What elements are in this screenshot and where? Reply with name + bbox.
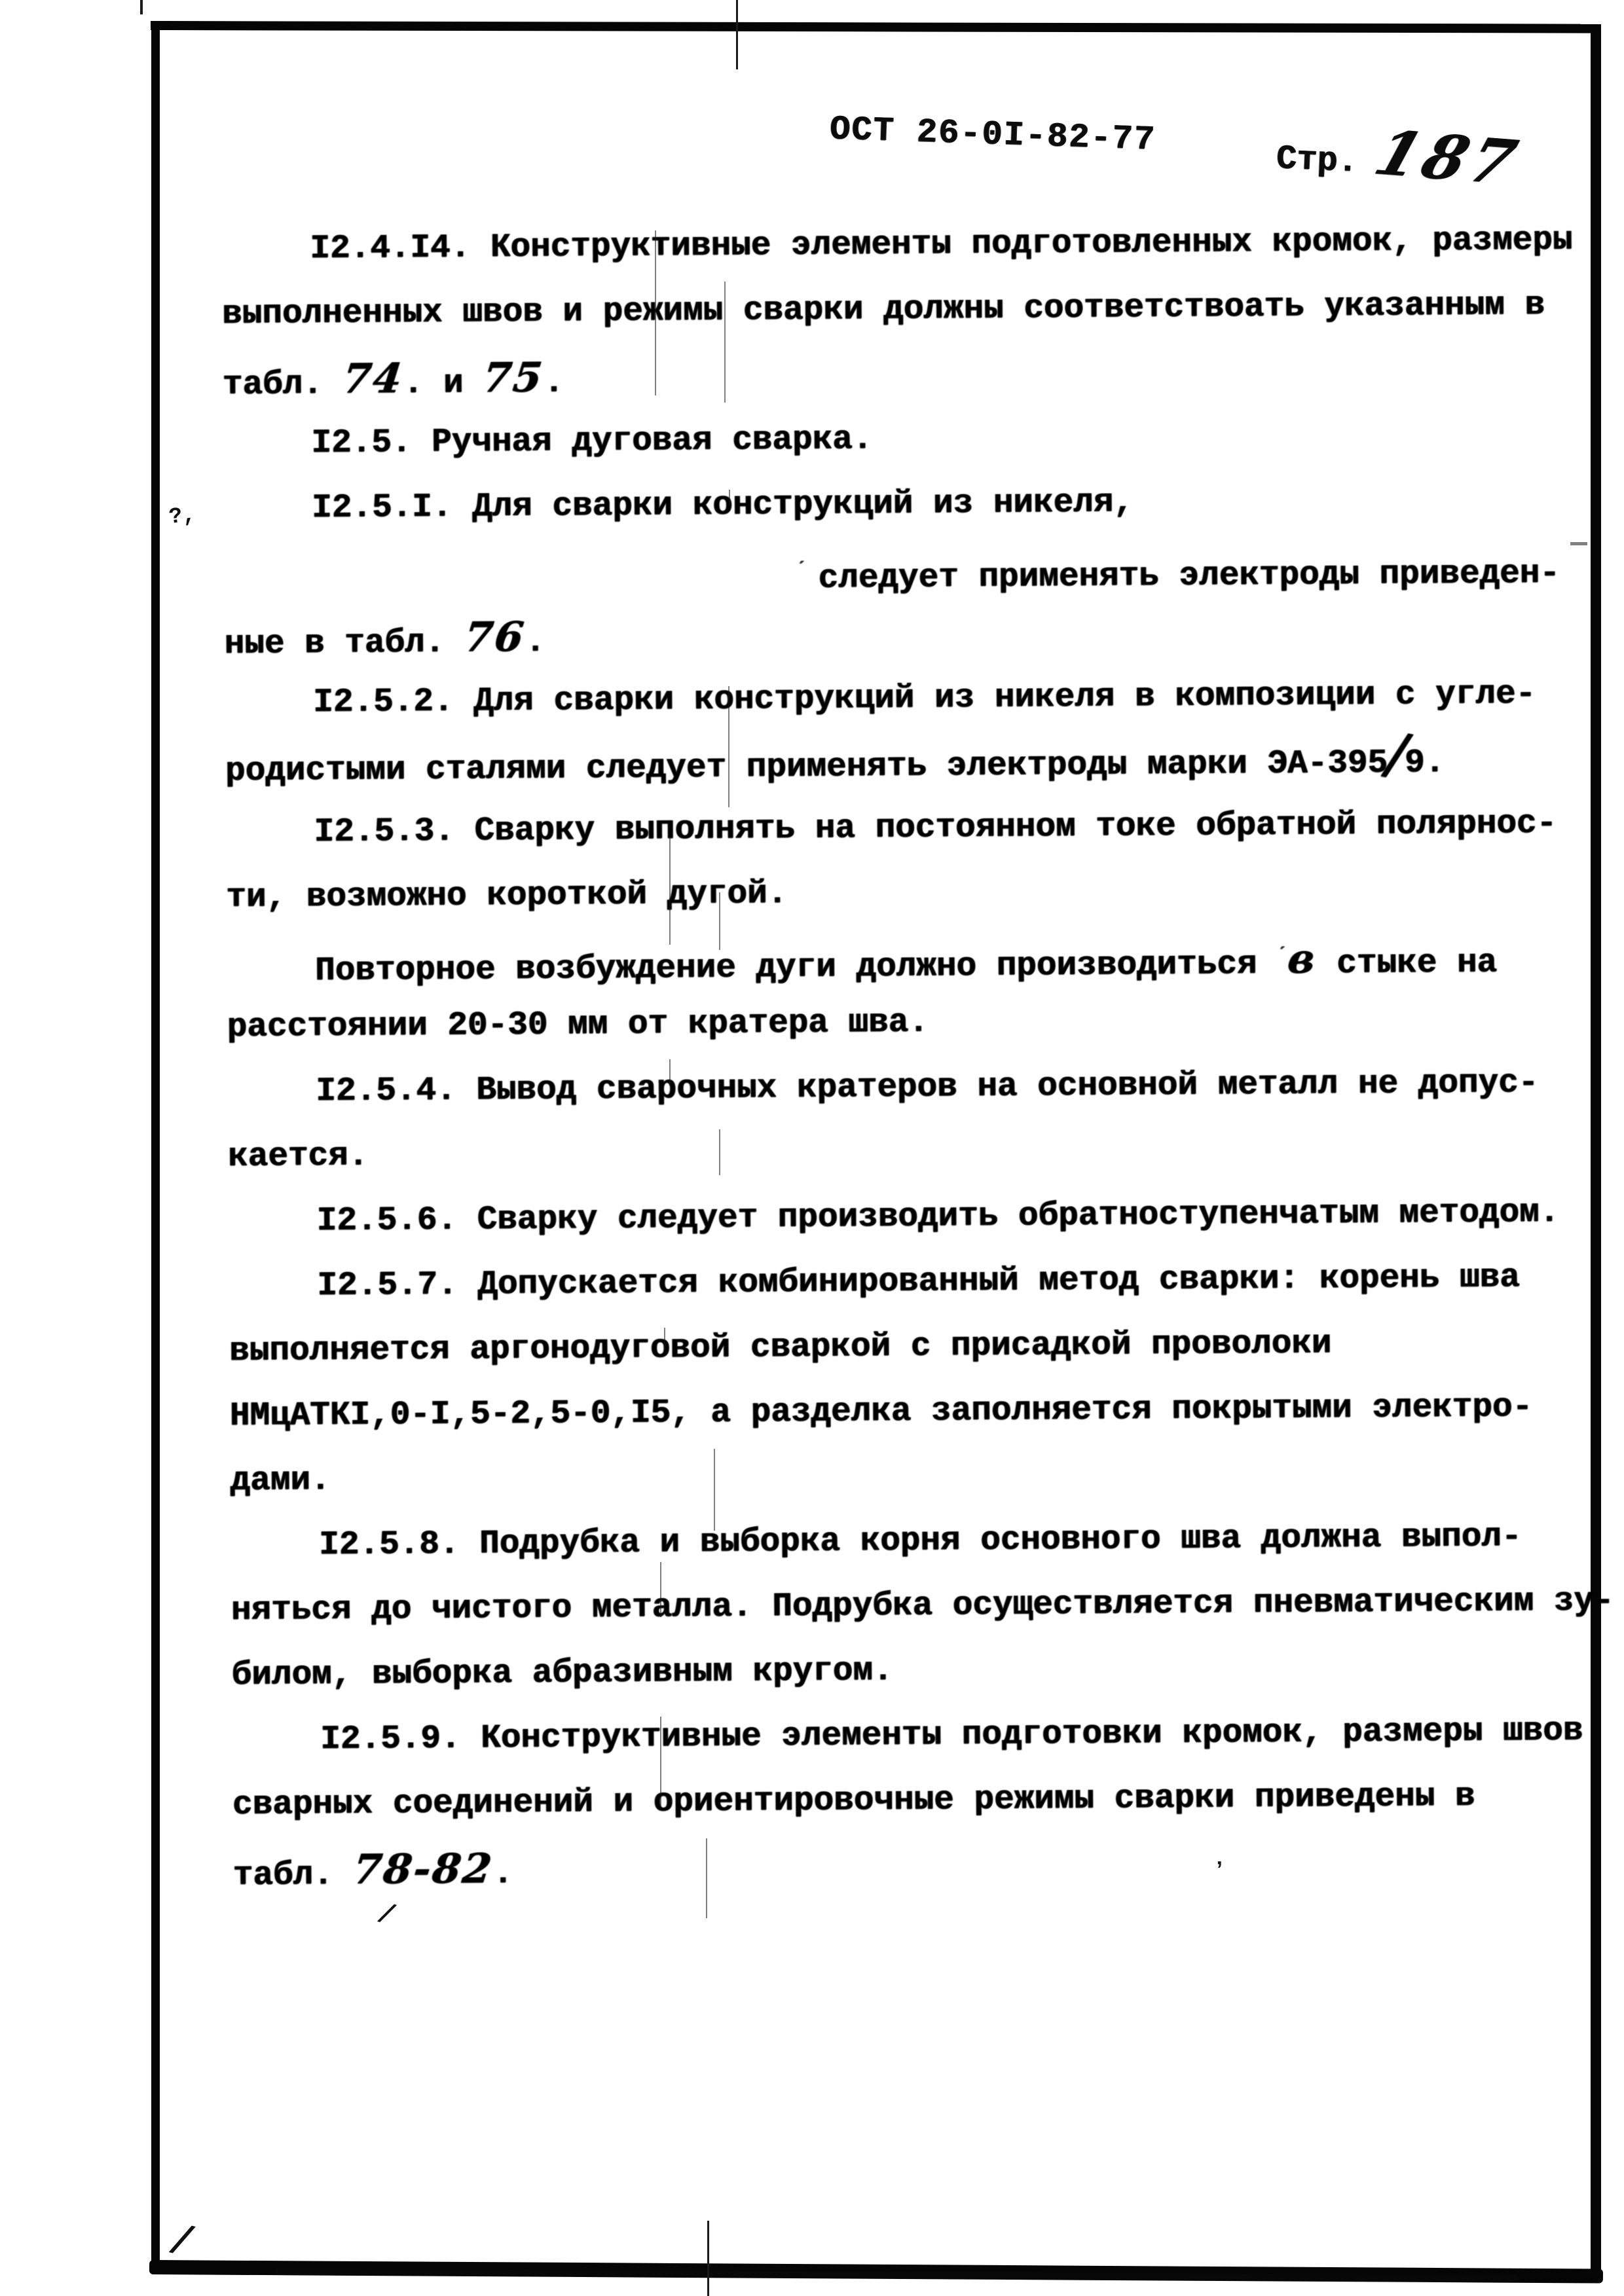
typewritten-text: . xyxy=(544,364,564,401)
typewritten-text: родистыми сталями следует применять элек… xyxy=(225,745,1388,790)
typewritten-text: расстоянии 20-30 мм от кратера шва. xyxy=(227,1004,929,1046)
typewritten-text: выполняется аргонодуговой сваркой с прис… xyxy=(229,1325,1332,1370)
typewritten-text: . и xyxy=(403,365,484,403)
typewritten-text: I2.5.2. Для сварки конструкций из никеля… xyxy=(313,676,1536,721)
typewritten-text: дами. xyxy=(230,1462,330,1500)
typewritten-text: билом, выборка абразивным кругом. xyxy=(231,1652,893,1694)
insertion-mark: ˊ xyxy=(1277,945,1288,966)
handwritten-correction: 76 xyxy=(461,604,529,670)
scan-artifact-line xyxy=(707,2221,709,2296)
handwritten-correction: 78-82 xyxy=(350,1836,497,1902)
text-line: I2.5.I. Для сварки конструкций из никеля… xyxy=(223,467,1607,541)
text-line: I2.5.9. Конструктивные элементы подготов… xyxy=(232,1698,1615,1773)
scan-artifact-line xyxy=(719,892,720,950)
bottom-left-pen-tick: / xyxy=(170,2215,194,2261)
margin-annotation: ?, xyxy=(168,503,197,530)
typewritten-text: I2.5. Ручная дуговая сварка. xyxy=(311,421,872,462)
typewritten-text: ти, возможно короткой дугой. xyxy=(226,875,787,917)
text-line: родистыми сталями следует применять элек… xyxy=(225,726,1609,801)
scan-artifact-line xyxy=(729,490,730,505)
typewritten-text: I2.5.8. Подрубка и выборка корня основно… xyxy=(319,1518,1522,1564)
text-line: расстоянии 20-30 мм от кратера шва. xyxy=(227,985,1610,1060)
text-line: ˊ следует применять электроды приведен- xyxy=(223,532,1607,606)
typewritten-text: стыке на xyxy=(1316,944,1497,983)
scan-artifact-line xyxy=(714,1449,715,1531)
handwritten-correction: 75 xyxy=(479,345,547,410)
scanned-document-page: { "header": { "doc_number": "ОСТ 26-0I-8… xyxy=(0,0,1624,2296)
scan-artifact-line xyxy=(736,0,738,69)
typewritten-text: . xyxy=(492,1855,513,1893)
text-line: I2.5.8. Подрубка и выборка корня основно… xyxy=(231,1504,1614,1578)
text-line: дами. xyxy=(230,1439,1614,1514)
typewritten-text: табл. xyxy=(232,1857,353,1895)
typewritten-text: следует применять электроды приведен- xyxy=(818,555,1560,598)
scan-artifact-line xyxy=(660,1562,661,1617)
text-line: I2.5.4. Вывод сварочных кратеров на осно… xyxy=(227,1050,1611,1125)
text-line: I2.5.7. Допускается комбинированный мето… xyxy=(229,1245,1612,1319)
text-line: I2.5. Ручная дуговая сварка. xyxy=(223,402,1606,477)
scan-artifact-line xyxy=(719,1129,720,1175)
typewritten-text: няться до чистого металла. Подрубка осущ… xyxy=(231,1582,1614,1630)
typewritten-text-block: I2.4.I4. Конструктивные элементы подгото… xyxy=(221,208,1616,1903)
text-line: табл. 74. и 75. xyxy=(222,337,1606,412)
typewritten-text: I2.5.7. Допускается комбинированный мето… xyxy=(317,1259,1520,1305)
typewritten-text: ные в табл. xyxy=(224,624,465,663)
typewritten-text: I2.5.4. Вывод сварочных кратеров на осно… xyxy=(316,1065,1538,1110)
text-line: Повторное возбуждение дуги должно произв… xyxy=(227,920,1610,995)
scan-artifact-line xyxy=(728,686,729,807)
typewritten-text: кается. xyxy=(228,1137,369,1175)
stray-apostrophe-mark: ʼ xyxy=(1213,1859,1226,1884)
typewritten-text: I2.5.3. Сварку выполнять на постоянном т… xyxy=(314,805,1557,851)
typewritten-text: сварных соединений и ориентировочные реж… xyxy=(232,1778,1475,1824)
page-label: Стр. xyxy=(1276,139,1359,181)
typewritten-text: НМцАТКI,0-I,5-2,5-0,I5, а разделка запол… xyxy=(230,1389,1533,1435)
scan-artifact-line xyxy=(655,230,656,395)
scan-artifact-line xyxy=(724,282,726,403)
text-line: кается. xyxy=(228,1115,1612,1190)
text-line: табл. 78-82. xyxy=(232,1828,1616,1903)
typewritten-text: I2.5.9. Конструктивные элементы подготов… xyxy=(320,1713,1583,1758)
typewritten-text: табл. xyxy=(223,366,343,404)
text-line: сварных соединений и ориентировочные реж… xyxy=(232,1763,1616,1838)
scan-artifact-line xyxy=(706,1838,707,1918)
text-line: билом, выборка абразивным кругом. xyxy=(231,1633,1615,1708)
text-line: ти, возможно короткой дугой. xyxy=(226,856,1610,930)
text-line: выполненных швов и режимы сварки должны … xyxy=(222,272,1606,347)
text-line: выполняется аргонодуговой сваркой с прис… xyxy=(229,1309,1613,1384)
typewritten-text: I2.5.I. Для сварки конструкций из никеля… xyxy=(312,484,1134,527)
typewritten-text: выполненных швов и режимы сварки должны … xyxy=(222,287,1545,333)
text-line: I2.4.I4. Конструктивные элементы подгото… xyxy=(221,208,1605,282)
page-border-top xyxy=(151,21,1601,33)
text-line: няться до чистого металла. Подрубка осущ… xyxy=(231,1569,1615,1643)
text-line: ные в табл. 76. xyxy=(224,596,1608,671)
page-reference: Стр. 187 xyxy=(1275,111,1521,192)
insertion-mark: ˊ xyxy=(796,560,819,580)
scan-artifact-line xyxy=(664,1328,665,1350)
typewritten-text: Повторное возбуждение дуги должно произв… xyxy=(315,946,1277,990)
page-border-left xyxy=(151,21,160,2270)
text-line: I2.5.6. Сварку следует производить обрат… xyxy=(228,1180,1612,1254)
scan-artifact-line xyxy=(660,1717,661,1807)
document-number: ОСТ 26-0I-82-77 xyxy=(829,110,1156,159)
scan-artifact-line xyxy=(669,1059,671,1085)
handwritten-page-number: 187 xyxy=(1367,117,1530,198)
typewritten-text: I2.4.I4. Конструктивные элементы подгото… xyxy=(310,222,1572,268)
text-line: НМцАТКI,0-I,5-2,5-0,I5, а разделка запол… xyxy=(229,1374,1613,1449)
handwritten-correction: 74 xyxy=(339,346,407,411)
scan-artifact-line xyxy=(669,837,671,945)
typewritten-text: I2.5.6. Сварку следует производить обрат… xyxy=(317,1194,1560,1240)
scan-artifact-dash xyxy=(1570,542,1587,545)
scan-artifact-line xyxy=(140,0,143,14)
handwritten-correction: в xyxy=(1284,926,1320,991)
typewritten-text: . xyxy=(525,624,545,661)
